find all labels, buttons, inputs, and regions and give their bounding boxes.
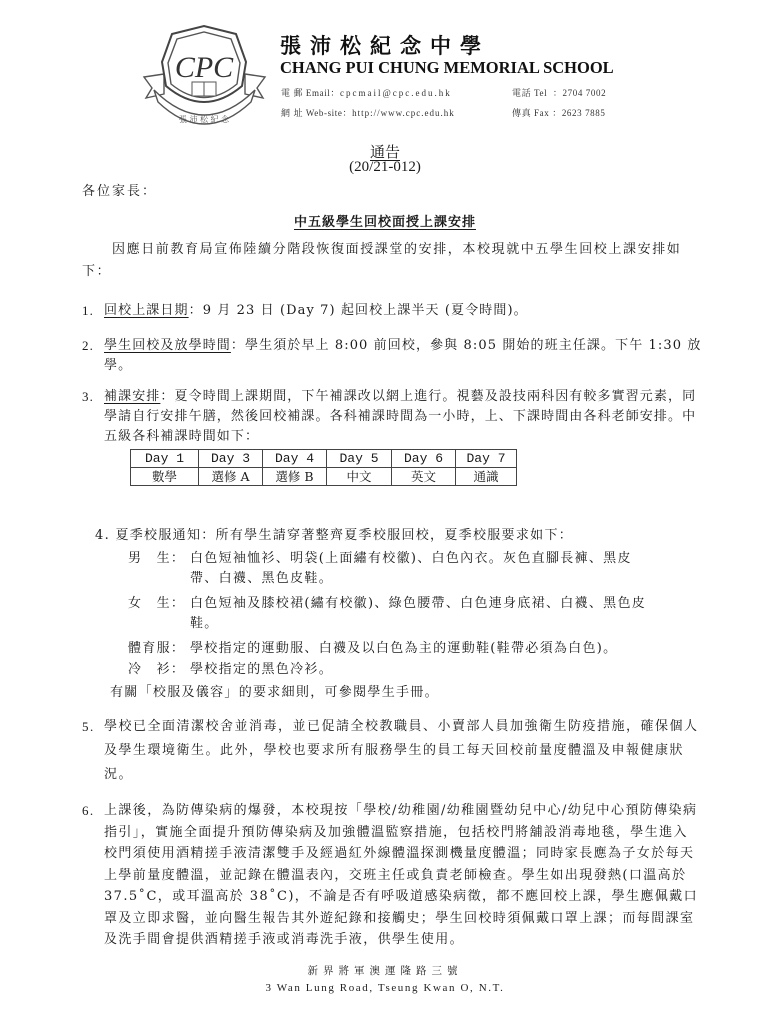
item-text: 學校已全面清潔校舍並消毒，並已促請全校教職員、小賣部人員加強衛生防疫措施，確保個… [104, 715, 700, 787]
item-number: 3. [82, 387, 94, 407]
uniform-label: 女 生： [128, 594, 188, 614]
salutation: 各位家長： [82, 180, 157, 199]
item-number: 1. [82, 301, 94, 321]
uniform-text: 白色短袖及膝校裙(繡有校徽)、綠色腰帶、白色連身底裙、白襪、黑色皮鞋。 [190, 594, 650, 634]
table-row-subjects: 數學 選修 A 選修 B 中文 英文 通識 [131, 468, 517, 486]
svg-text:張 沛 松 紀 念: 張 沛 松 紀 念 [179, 114, 230, 124]
intro-paragraph: 因應日前教育局宣佈陸續分階段恢復面授課堂的安排，本校現就中五學生回校上課安排如下… [82, 239, 700, 283]
item-text: 上課後，為防傳染病的爆發，本校現按「學校/幼稚園/幼稚園暨幼兒中心/幼兒中心預防… [104, 800, 700, 951]
uniform-text: 白色短袖恤衫、明袋(上面繡有校徽)、白色內衣。灰色直腳長褲、黑皮帶、白襪、黑色皮… [190, 549, 650, 589]
address-english: 3 Wan Lung Road, Tseung Kwan O, N.T. [0, 982, 770, 994]
uniform-footnote: 有關「校服及儀容」的要求細則，可參閱學生手冊。 [110, 681, 439, 700]
uniform-label: 男 生： [128, 549, 188, 569]
table-cell-day: Day 5 [327, 450, 392, 468]
table-cell-subject: 選修 B [263, 468, 327, 486]
uniform-label: 體育服： [128, 639, 188, 659]
item-heading: 學生回校及放學時間 [104, 338, 231, 353]
telephone-line: 電話 Tel ：2704 7002 [512, 86, 606, 99]
email-address[interactable]: cpcmail@cpc.edu.hk [340, 88, 452, 98]
item-heading: 回校上課日期 [104, 303, 189, 318]
item-body: 回校上課日期：9 月 23 日 (Day 7) 起回校上課半天 (夏令時間)。 [104, 301, 528, 321]
item-body: 補課安排：夏令時間上課期間，下午補課改以網上進行。視藝及設技兩科因有較多實習元素… [104, 387, 702, 447]
website-label: 網 址 Web-site： [281, 108, 352, 118]
email-label: 電 郵 Email： [281, 88, 340, 98]
item-number: 4. [95, 528, 110, 543]
table-cell-subject: 中文 [327, 468, 392, 486]
item-number: 2. [82, 336, 94, 356]
table-cell-subject: 選修 A [199, 468, 263, 486]
email-line: 電 郵 Email：cpcmail@cpc.edu.hk [281, 86, 452, 99]
table-cell-day: Day 4 [263, 450, 327, 468]
tutorial-schedule-table: Day 1 Day 3 Day 4 Day 5 Day 6 Day 7 數學 選… [130, 449, 517, 486]
table-cell-day: Day 7 [456, 450, 517, 468]
table-cell-day: Day 6 [392, 450, 456, 468]
item-number: 6. [82, 800, 95, 822]
item-heading: 補課安排 [104, 389, 160, 404]
item-number: 5. [82, 715, 95, 739]
website-line: 網 址 Web-site：http://www.cpc.edu.hk [281, 106, 455, 119]
item-text: ：夏令時間上課期間，下午補課改以網上進行。視藝及設技兩科因有較多實習元素，同學請… [104, 389, 696, 444]
list-item-4-heading: 4. 夏季校服通知：所有學生請穿著整齊夏季校服回校，夏季校服要求如下： [95, 524, 573, 543]
uniform-text: 學校指定的運動服、白襪及以白色為主的運動鞋(鞋帶必須為白色)。 [190, 639, 690, 659]
table-cell-subject: 數學 [131, 468, 199, 486]
tel-number: ：2704 7002 [553, 88, 606, 98]
school-name-english: CHANG PUI CHUNG MEMORIAL SCHOOL [280, 58, 614, 78]
school-name-chinese: 張沛松紀念中學 [280, 30, 490, 60]
logo-text: CPC [175, 51, 234, 84]
notice-number: (20/21-012) [0, 159, 770, 176]
website-url[interactable]: http://www.cpc.edu.hk [352, 108, 455, 118]
table-row-days: Day 1 Day 3 Day 4 Day 5 Day 6 Day 7 [131, 450, 517, 468]
fax-label: 傳真 Fax [512, 108, 549, 118]
uniform-label: 冷 衫： [128, 660, 188, 680]
item-text: ：9 月 23 日 (Day 7) 起回校上課半天 (夏令時間)。 [189, 303, 528, 318]
school-crest-logo: CPC 張 沛 松 紀 念 [142, 22, 267, 130]
table-cell-day: Day 3 [199, 450, 263, 468]
table-cell-subject: 通識 [456, 468, 517, 486]
notice-subject: 中五級學生回校面授上課安排 [0, 211, 770, 230]
uniform-text: 學校指定的黑色冷衫。 [190, 660, 690, 680]
tel-label: 電話 Tel [512, 88, 547, 98]
table-cell-day: Day 1 [131, 450, 199, 468]
table-cell-subject: 英文 [392, 468, 456, 486]
fax-line: 傳真 Fax ：2623 7885 [512, 106, 605, 119]
address-chinese: 新界將軍澳運隆路三號 [0, 963, 770, 978]
item-text: 夏季校服通知：所有學生請穿著整齊夏季校服回校，夏季校服要求如下： [115, 528, 573, 543]
fax-number: ：2623 7885 [552, 108, 605, 118]
notice-subject-text: 中五級學生回校面授上課安排 [294, 215, 476, 230]
item-body: 學生回校及放學時間：學生須於早上 8:00 前回校，參與 8:05 開始的班主任… [104, 336, 702, 376]
